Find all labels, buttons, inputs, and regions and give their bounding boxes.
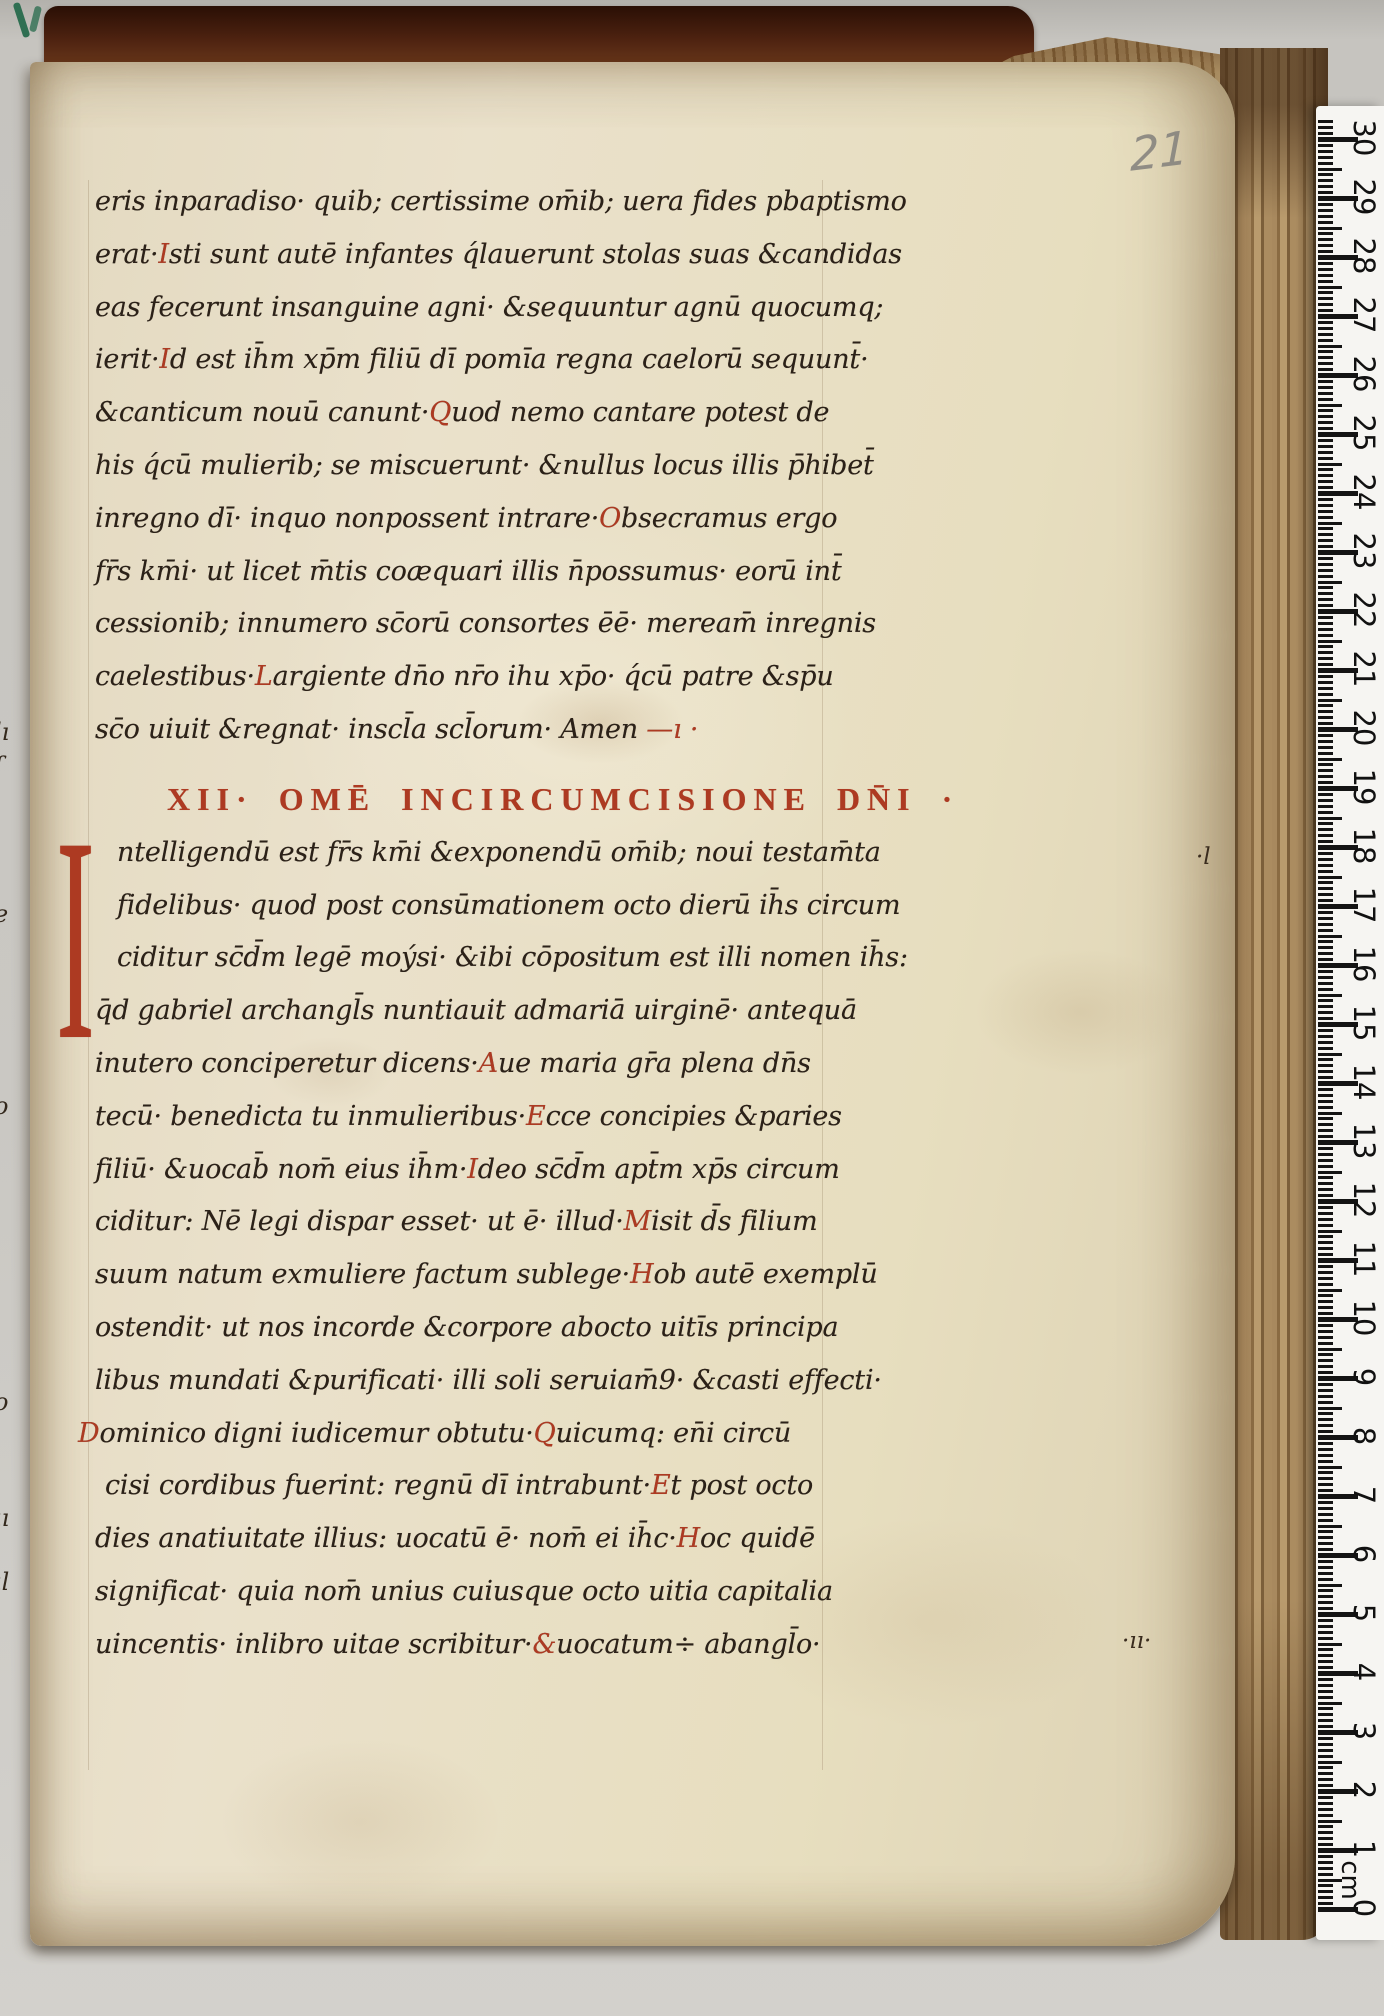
text-segment: H bbox=[677, 1523, 700, 1554]
ruler-tick bbox=[1318, 1442, 1333, 1445]
text-segment: bsecramus ergo bbox=[621, 503, 837, 534]
text-line: q̄d gabriel archangl̄s nuntiauit admariā… bbox=[95, 995, 885, 1048]
ruler-tick bbox=[1318, 545, 1333, 548]
text-segment: erat· bbox=[95, 239, 158, 270]
ruler-tick bbox=[1318, 1265, 1333, 1268]
ruler-tick bbox=[1318, 1867, 1333, 1870]
ruler-tick bbox=[1318, 793, 1333, 796]
ruler-tick bbox=[1318, 1206, 1333, 1209]
ruler-tick bbox=[1318, 1029, 1333, 1032]
ruler-tick bbox=[1318, 533, 1333, 536]
ruler-tick bbox=[1318, 822, 1333, 825]
ruler-tick bbox=[1318, 817, 1342, 820]
ruler-tick bbox=[1318, 539, 1333, 542]
ruler-tick bbox=[1318, 1401, 1333, 1404]
ruler-tick bbox=[1318, 162, 1333, 165]
ruler-tick bbox=[1318, 1365, 1333, 1368]
text-segment: his q́cū mulierib; se miscuerunt· &nullu… bbox=[95, 450, 874, 481]
ruler-tick bbox=[1318, 250, 1333, 253]
ruler-tick bbox=[1318, 1418, 1333, 1421]
ruler-tick bbox=[1318, 1330, 1333, 1333]
ruler-tick bbox=[1318, 970, 1333, 973]
ruler-tick bbox=[1318, 1277, 1333, 1280]
ruler-tick bbox=[1318, 958, 1333, 961]
ruler-tick bbox=[1318, 1873, 1333, 1876]
ruler-tick bbox=[1318, 474, 1333, 477]
ruler-number: 27 bbox=[1347, 297, 1381, 334]
ruler-tick bbox=[1318, 716, 1333, 719]
ruler-tick bbox=[1318, 1271, 1333, 1274]
ruler-tick bbox=[1318, 1383, 1333, 1386]
ruler-tick bbox=[1318, 1224, 1333, 1227]
text-segment: uocatum÷ abangl̄o· bbox=[556, 1629, 820, 1660]
text-segment: D bbox=[78, 1418, 99, 1449]
ruler-tick bbox=[1318, 1230, 1342, 1233]
ruler-tick bbox=[1318, 1560, 1333, 1563]
text-segment: deo sc̄d̄m apt̄m xp̄s circum bbox=[478, 1154, 840, 1185]
ruler-tick bbox=[1318, 988, 1333, 991]
ruler-tick bbox=[1318, 870, 1333, 873]
ruler-tick bbox=[1318, 710, 1333, 713]
ruler-tick bbox=[1318, 1766, 1333, 1769]
ruler-tick bbox=[1318, 468, 1333, 471]
ruler-tick bbox=[1318, 645, 1333, 648]
ruler-tick bbox=[1318, 286, 1342, 289]
ruler-tick bbox=[1318, 699, 1342, 702]
ruler-tick bbox=[1318, 274, 1333, 277]
text-segment: ob autē exemplū bbox=[653, 1259, 877, 1290]
text-line: significat· quia nom̄ unius cuiusque oct… bbox=[95, 1576, 885, 1629]
ruler-tick bbox=[1318, 763, 1333, 766]
text-segment: eris inparadiso· quib; certissime om̄ib;… bbox=[95, 186, 907, 217]
text-segment: oc quidē bbox=[700, 1523, 815, 1554]
ruler-tick bbox=[1318, 1471, 1333, 1474]
ruler-tick bbox=[1318, 1324, 1333, 1327]
ruler-tick bbox=[1318, 1117, 1333, 1120]
text-segment: H bbox=[630, 1259, 653, 1290]
text-segment: libus mundati &purificati· illi soli ser… bbox=[95, 1365, 882, 1396]
ruler-tick bbox=[1318, 769, 1333, 772]
ruler-tick bbox=[1318, 1530, 1333, 1533]
ruler-tick bbox=[1318, 398, 1333, 401]
ruler-tick bbox=[1318, 463, 1342, 466]
ruler-number: 19 bbox=[1347, 769, 1381, 806]
ruler-tick bbox=[1318, 864, 1333, 867]
ruler-tick bbox=[1318, 1820, 1342, 1823]
ruler-tick bbox=[1318, 1094, 1333, 1097]
ruler-number: 3 bbox=[1347, 1722, 1381, 1740]
ruler-tick bbox=[1318, 722, 1333, 725]
ruler-tick bbox=[1318, 1501, 1333, 1504]
ruler-tick bbox=[1318, 876, 1342, 879]
ruler-tick bbox=[1318, 1041, 1333, 1044]
ruler-tick bbox=[1318, 976, 1333, 979]
text-segment: E bbox=[526, 1101, 546, 1132]
ruler-tick bbox=[1318, 586, 1333, 589]
ruler-tick bbox=[1318, 1353, 1333, 1356]
text-line: his q́cū mulierib; se miscuerunt· &nullu… bbox=[95, 450, 885, 503]
ruler-number: 15 bbox=[1347, 1005, 1381, 1042]
ruler-number: 21 bbox=[1347, 651, 1381, 688]
ruler-tick bbox=[1318, 262, 1333, 265]
ruler-tick bbox=[1318, 1884, 1333, 1887]
text-segment: caelestibus· bbox=[95, 661, 255, 692]
ruler-tick bbox=[1318, 923, 1333, 926]
ruler-tick bbox=[1318, 1737, 1333, 1740]
manuscript-page: 21 I eris inparadiso· quib; certissime o… bbox=[30, 62, 1235, 1946]
text-line: suum natum exmuliere factum sublege·Hob … bbox=[95, 1259, 885, 1312]
text-segment: cessionib; innumero sc̄orū consortes ēē·… bbox=[95, 608, 876, 639]
ruler-number: 25 bbox=[1347, 415, 1381, 452]
ruler-tick bbox=[1318, 1454, 1333, 1457]
text-segment: fidelibus· quod post consūmationem octo … bbox=[117, 890, 900, 921]
ruler-tick bbox=[1318, 1861, 1333, 1864]
ruler-tick bbox=[1318, 799, 1333, 802]
text-segment: XII· OMĒ INCIRCUMCISIONE DN̄I · bbox=[167, 781, 959, 817]
ruler-tick bbox=[1318, 557, 1333, 560]
text-segment: ierit· bbox=[95, 344, 159, 375]
text-line: cessionib; innumero sc̄orū consortes ēē·… bbox=[95, 608, 885, 661]
text-segment: E bbox=[651, 1470, 671, 1501]
ruler-tick bbox=[1318, 1725, 1333, 1728]
ruler-tick bbox=[1318, 244, 1333, 247]
ruler-tick bbox=[1318, 858, 1333, 861]
ruler-tick bbox=[1318, 628, 1333, 631]
ruler-tick bbox=[1318, 1896, 1333, 1899]
ruler-tick bbox=[1318, 1412, 1333, 1415]
ruler-number: 24 bbox=[1347, 474, 1381, 511]
ruler-tick bbox=[1318, 675, 1333, 678]
ruler-tick bbox=[1318, 126, 1333, 129]
ruler-tick bbox=[1318, 1625, 1333, 1628]
ruler-tick bbox=[1318, 392, 1333, 395]
text-line: eris inparadiso· quib; certissime om̄ib;… bbox=[95, 186, 885, 239]
text-segment: I bbox=[158, 239, 168, 270]
page-stack-fore-edge bbox=[1220, 48, 1328, 1940]
ruler-tick bbox=[1318, 1005, 1333, 1008]
ruler-tick bbox=[1318, 1589, 1333, 1592]
text-segment: uincentis· inlibro uitae scribitur· bbox=[95, 1629, 532, 1660]
text-line: filiū· &uocab̄ nom̄ eius ih̄m·Ideo sc̄d̄… bbox=[95, 1154, 885, 1207]
ruler-number: 16 bbox=[1347, 946, 1381, 983]
text-line: sc̄o uiuit &regnat· inscl̄a scl̄orum· Am… bbox=[95, 714, 885, 767]
ruler-tick bbox=[1318, 321, 1333, 324]
edge-fragment: e bbox=[0, 900, 8, 928]
drop-initial-I: I bbox=[56, 772, 95, 985]
ruler-tick bbox=[1318, 333, 1333, 336]
ruler-tick bbox=[1318, 1601, 1333, 1604]
text-line: inregno dī· inquo nonpossent intrare·Obs… bbox=[95, 503, 885, 556]
ruler-tick bbox=[1318, 1707, 1333, 1710]
ruler-tick bbox=[1318, 1796, 1333, 1799]
ruler-tick bbox=[1318, 1312, 1333, 1315]
ruler-tick bbox=[1318, 563, 1333, 566]
text-segment: ue maria gr̄a plena dn̄s bbox=[498, 1048, 811, 1079]
text-segment: & bbox=[532, 1629, 556, 1660]
cm-ruler: cm 0123456789101112131415161718192021222… bbox=[1316, 106, 1384, 1940]
ruler-tick bbox=[1318, 144, 1333, 147]
text-segment: ntelligendū est fr̄s km̄i &exponendū om̄… bbox=[117, 837, 881, 868]
ruler-tick bbox=[1318, 1336, 1333, 1339]
ruler-tick bbox=[1318, 345, 1342, 348]
text-segment: ciditur sc̄d̄m legē moýsi· &ibi cōpositu… bbox=[117, 942, 908, 973]
ruler-tick bbox=[1318, 1241, 1333, 1244]
ruler-tick bbox=[1318, 1218, 1333, 1221]
ruler-tick bbox=[1318, 704, 1333, 707]
ruler-tick bbox=[1318, 356, 1333, 359]
ruler-tick bbox=[1318, 1212, 1333, 1215]
ruler-tick bbox=[1318, 1831, 1333, 1834]
ruler-tick bbox=[1318, 1643, 1342, 1646]
margin-mark: ·ıı· bbox=[1122, 1628, 1151, 1654]
ruler-tick bbox=[1318, 999, 1333, 1002]
ruler-tick bbox=[1318, 805, 1333, 808]
ruler-tick bbox=[1318, 1188, 1333, 1191]
ruler-tick bbox=[1318, 522, 1342, 525]
ruler-tick bbox=[1318, 221, 1333, 224]
ruler-tick bbox=[1318, 1070, 1333, 1073]
ruler-tick bbox=[1318, 1294, 1333, 1297]
ruler-number: 20 bbox=[1347, 710, 1381, 747]
ruler-tick bbox=[1318, 1407, 1342, 1410]
ruler-tick bbox=[1318, 917, 1333, 920]
text-segment: significat· quia nom̄ unius cuiusque oct… bbox=[95, 1576, 833, 1607]
ruler-tick bbox=[1318, 929, 1333, 932]
ruler-tick bbox=[1318, 1566, 1333, 1569]
ruler-tick bbox=[1318, 616, 1333, 619]
ruler-tick bbox=[1318, 386, 1333, 389]
ruler-tick bbox=[1318, 775, 1333, 778]
ruler-tick bbox=[1318, 940, 1333, 943]
ruler-tick bbox=[1318, 1395, 1333, 1398]
ruler-tick bbox=[1318, 404, 1342, 407]
text-segment: q̄d gabriel archangl̄s nuntiauit admariā… bbox=[95, 995, 857, 1026]
ruler-tick bbox=[1318, 1519, 1333, 1522]
ruler-tick bbox=[1318, 1536, 1333, 1539]
ruler-tick bbox=[1318, 687, 1333, 690]
ruler-number: 17 bbox=[1347, 887, 1381, 924]
ruler-tick bbox=[1318, 1755, 1333, 1758]
ruler-tick bbox=[1318, 1430, 1333, 1433]
ruler-tick bbox=[1318, 339, 1333, 342]
ruler-tick bbox=[1318, 1047, 1333, 1050]
text-segment: ciditur: Nē legi dispar esset· ut ē· ill… bbox=[95, 1206, 624, 1237]
ruler-tick bbox=[1318, 185, 1333, 188]
text-segment: &canticum nouū canunt· bbox=[95, 397, 429, 428]
text-segment: uod nemo cantare potest de bbox=[451, 397, 829, 428]
ruler-tick bbox=[1318, 740, 1333, 743]
ruler-tick bbox=[1318, 634, 1333, 637]
ruler-number: 4 bbox=[1347, 1663, 1381, 1681]
ruler-tick bbox=[1318, 480, 1333, 483]
ruler-tick bbox=[1318, 1342, 1333, 1345]
ruler-tick bbox=[1318, 881, 1333, 884]
ruler-tick bbox=[1318, 291, 1333, 294]
ruler-tick bbox=[1318, 1064, 1333, 1067]
ruler-tick bbox=[1318, 1778, 1333, 1781]
text-segment: argiente dn̄o nr̄o ihu xp̄o· q́cū patre … bbox=[273, 661, 834, 692]
text-segment: O bbox=[599, 503, 621, 534]
ruler-tick bbox=[1318, 1489, 1333, 1492]
text-segment: d est ih̄m xp̄m filiū dī pomīa regna cae… bbox=[170, 344, 869, 375]
text-line: inutero conciperetur dicens·Aue maria gr… bbox=[95, 1048, 885, 1101]
edge-fragment: ſ bbox=[0, 752, 3, 780]
ruler-tick bbox=[1318, 1584, 1342, 1587]
ruler-tick bbox=[1318, 840, 1333, 843]
ruler-tick bbox=[1318, 451, 1333, 454]
ruler-tick bbox=[1318, 834, 1333, 837]
ruler-tick bbox=[1318, 309, 1333, 312]
ruler-tick bbox=[1318, 445, 1333, 448]
ruler-number: 26 bbox=[1347, 356, 1381, 393]
endband-thread bbox=[13, 2, 31, 38]
ruler-tick bbox=[1318, 752, 1333, 755]
ruler-tick bbox=[1318, 1654, 1333, 1657]
ruler-tick bbox=[1318, 280, 1333, 283]
ruler-tick bbox=[1318, 622, 1333, 625]
ruler-tick bbox=[1318, 1017, 1333, 1020]
ruler-tick bbox=[1318, 1171, 1342, 1174]
ruler-tick bbox=[1318, 232, 1333, 235]
text-segment: cce concipies &paries bbox=[546, 1101, 842, 1132]
ruler-tick bbox=[1318, 946, 1333, 949]
ruler-tick bbox=[1318, 227, 1342, 230]
ruler-tick bbox=[1318, 663, 1333, 666]
ruler-tick bbox=[1318, 1814, 1333, 1817]
ruler-tick bbox=[1318, 268, 1333, 271]
ruler-tick bbox=[1318, 504, 1333, 507]
ruler-tick bbox=[1318, 1749, 1333, 1752]
ruler-tick bbox=[1318, 150, 1333, 153]
ruler-number: 0 bbox=[1347, 1899, 1381, 1917]
ruler-tick bbox=[1318, 1843, 1333, 1846]
ruler-tick bbox=[1318, 510, 1333, 513]
ruler-tick bbox=[1318, 1477, 1333, 1480]
ruler-tick bbox=[1318, 1306, 1333, 1309]
ruler-tick bbox=[1318, 887, 1333, 890]
edge-fragment: o bbox=[0, 1388, 8, 1416]
ruler-tick bbox=[1318, 746, 1333, 749]
text-block: eris inparadiso· quib; certissime om̄ib;… bbox=[95, 186, 885, 1682]
ruler-tick bbox=[1318, 1300, 1333, 1303]
ruler-tick bbox=[1318, 179, 1333, 182]
ruler-tick bbox=[1318, 1182, 1333, 1185]
ruler-tick bbox=[1318, 1696, 1333, 1699]
ruler-tick bbox=[1318, 215, 1333, 218]
ruler-tick bbox=[1318, 527, 1333, 530]
ruler-number: 2 bbox=[1347, 1781, 1381, 1799]
ruler-tick bbox=[1318, 651, 1333, 654]
ruler-tick bbox=[1318, 1058, 1333, 1061]
ruler-tick bbox=[1318, 1165, 1333, 1168]
ruler-tick bbox=[1318, 1578, 1333, 1581]
ruler-tick bbox=[1318, 1772, 1333, 1775]
ruler-tick bbox=[1318, 1743, 1333, 1746]
text-segment: I bbox=[159, 344, 169, 375]
ruler-tick bbox=[1318, 681, 1333, 684]
text-line: fr̄s km̄i· ut licet m̄tis coæquari illis… bbox=[95, 556, 885, 609]
ruler-tick bbox=[1318, 598, 1333, 601]
ruler-tick bbox=[1318, 1684, 1333, 1687]
ruler-tick bbox=[1318, 982, 1333, 985]
ruler-tick bbox=[1318, 1542, 1333, 1545]
text-line: tecū· benedicta tu inmulieribus·Ecce con… bbox=[95, 1101, 885, 1154]
ruler-tick bbox=[1318, 1855, 1333, 1858]
text-segment: eas fecerunt insanguine agni· &sequuntur… bbox=[95, 292, 883, 323]
edge-fragment: lı bbox=[0, 718, 9, 746]
ruler-number: 7 bbox=[1347, 1486, 1381, 1504]
ruler-tick bbox=[1318, 1784, 1333, 1787]
ruler-tick bbox=[1318, 297, 1333, 300]
ruler-tick bbox=[1318, 1253, 1333, 1256]
ruler-tick bbox=[1318, 1176, 1333, 1179]
text-segment: t post octo bbox=[671, 1470, 814, 1501]
ruler-tick bbox=[1318, 1106, 1333, 1109]
ruler-tick bbox=[1318, 1247, 1333, 1250]
ruler-tick bbox=[1318, 1713, 1333, 1716]
ruler-tick bbox=[1318, 657, 1333, 660]
ruler-tick bbox=[1318, 1702, 1342, 1705]
ruler-tick bbox=[1318, 1719, 1333, 1722]
text-line: fidelibus· quod post consūmationem octo … bbox=[95, 890, 885, 943]
ruler-tick bbox=[1318, 1371, 1333, 1374]
edge-fragment: o bbox=[0, 1092, 8, 1120]
ruler-number: 8 bbox=[1347, 1427, 1381, 1445]
ruler-tick bbox=[1318, 1666, 1333, 1669]
ruler-tick bbox=[1318, 1153, 1333, 1156]
ruler-tick bbox=[1318, 1460, 1333, 1463]
ruler-tick bbox=[1318, 1507, 1333, 1510]
ruler-tick bbox=[1318, 1808, 1333, 1811]
ruler-number: 30 bbox=[1347, 120, 1381, 157]
ruler-tick bbox=[1318, 1690, 1333, 1693]
text-segment: —ı · bbox=[638, 714, 698, 745]
ruler-tick bbox=[1318, 156, 1333, 159]
text-segment: A bbox=[479, 1048, 498, 1079]
ruler-tick bbox=[1318, 1088, 1333, 1091]
text-line: libus mundati &purificati· illi soli ser… bbox=[95, 1365, 885, 1418]
ruler-tick bbox=[1318, 1648, 1333, 1651]
ruler-tick bbox=[1318, 640, 1342, 643]
ruler-tick bbox=[1318, 604, 1333, 607]
ruler-tick bbox=[1318, 1011, 1333, 1014]
ruler-tick bbox=[1318, 427, 1333, 430]
ruler-tick bbox=[1318, 734, 1333, 737]
ruler-tick bbox=[1318, 1607, 1333, 1610]
ruler-tick bbox=[1318, 1890, 1333, 1893]
ruler-tick bbox=[1318, 1761, 1342, 1764]
text-segment: sti sunt autē infantes q́lauerunt stolas… bbox=[169, 239, 902, 270]
ruler-tick bbox=[1318, 581, 1342, 584]
text-line: &canticum nouū canunt·Quod nemo cantare … bbox=[95, 397, 885, 450]
ruler-tick bbox=[1318, 486, 1333, 489]
text-segment: inutero conciperetur dicens· bbox=[95, 1048, 479, 1079]
ruler-tick bbox=[1318, 1660, 1333, 1663]
ruler-tick bbox=[1318, 1359, 1333, 1362]
text-segment: L bbox=[255, 661, 273, 692]
text-line: dies anatiuitate illius: uocatū ē· nom̄ … bbox=[95, 1523, 885, 1576]
ruler-number: 5 bbox=[1347, 1604, 1381, 1622]
ruler-number: 29 bbox=[1347, 179, 1381, 216]
text-line: uincentis· inlibro uitae scribitur·&uoca… bbox=[95, 1629, 885, 1682]
ruler-tick bbox=[1318, 1802, 1333, 1805]
margin-mark: ·l bbox=[1196, 844, 1211, 870]
ruler-tick bbox=[1318, 1035, 1333, 1038]
ruler-tick bbox=[1318, 1483, 1333, 1486]
ruler-tick bbox=[1318, 592, 1333, 595]
ruler-tick bbox=[1318, 1548, 1333, 1551]
ruler-tick bbox=[1318, 811, 1333, 814]
